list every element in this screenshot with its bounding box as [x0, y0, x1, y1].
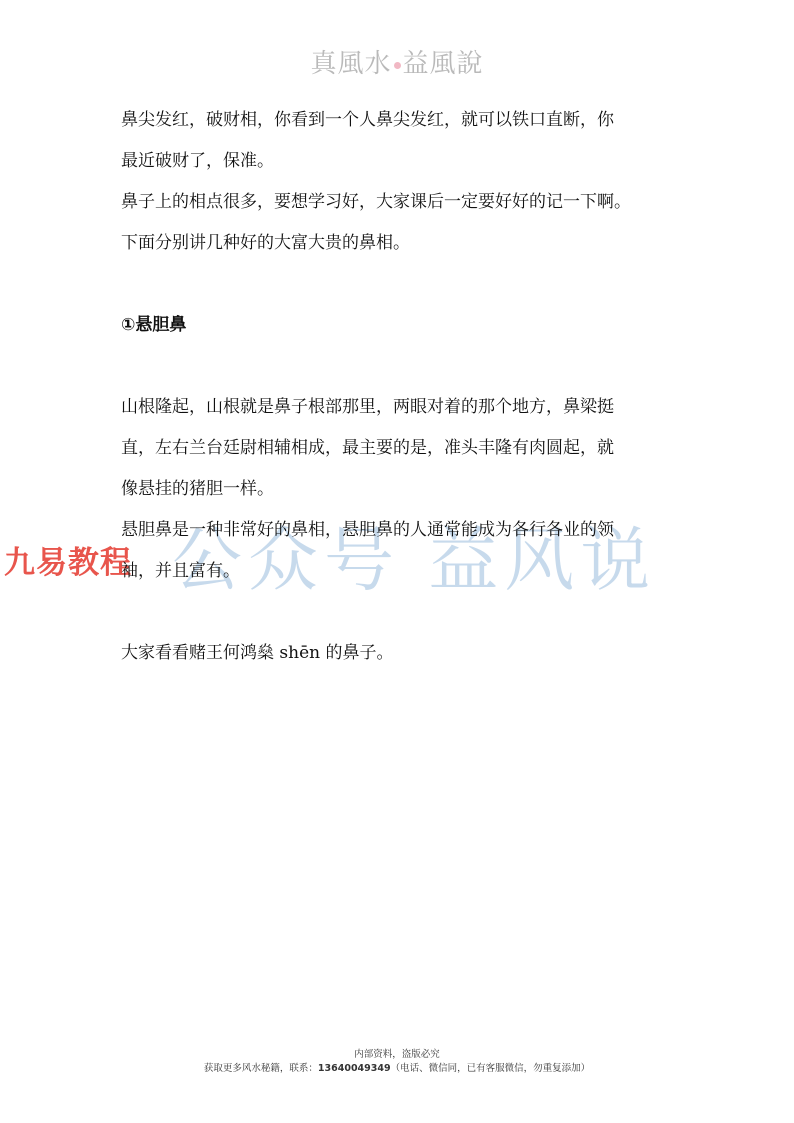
logo-right-text: 益風說 [403, 49, 484, 79]
watermark-red: 九易教程 [4, 543, 132, 583]
section-heading: ①悬胆鼻 [121, 305, 681, 346]
spacer [121, 592, 681, 633]
footer-contact-note: （电话、微信同，已有客服微信，勿重复添加） [391, 1063, 591, 1074]
footer-line-1: 内部资料，盗版必究 [0, 1048, 794, 1062]
text-line: 鼻尖发红，破财相，你看到一个人鼻尖发红，就可以铁口直断，你 [121, 100, 681, 141]
paragraph-block-3: 大家看看赌王何鸿燊 shēn 的鼻子。 [121, 633, 681, 674]
text-line: 鼻子上的相点很多，要想学习好，大家课后一定要好好的记一下啊。 [121, 182, 681, 223]
text-line: 大家看看赌王何鸿燊 shēn 的鼻子。 [121, 633, 681, 674]
text-line: 直，左右兰台廷尉相辅相成，最主要的是，准头丰隆有肉圆起，就 [121, 428, 681, 469]
logo-dot-icon [394, 62, 401, 69]
logo-left-text: 真風水 [310, 49, 391, 79]
spacer [121, 264, 681, 305]
spacer [121, 346, 681, 387]
text-line: 悬胆鼻是一种非常好的鼻相，悬胆鼻的人通常能成为各行各业的领 [121, 510, 681, 551]
text-line: 山根隆起，山根就是鼻子根部那里，两眼对着的那个地方，鼻梁挺 [121, 387, 681, 428]
paragraph-block-1: 鼻尖发红，破财相，你看到一个人鼻尖发红，就可以铁口直断，你 最近破财了，保准。 … [121, 100, 681, 264]
footer-contact-label: 获取更多风水秘籍，联系： [204, 1063, 318, 1074]
page-footer: 内部资料，盗版必究 获取更多风水秘籍，联系：13640049349（电话、微信同… [0, 1048, 794, 1076]
document-body: 鼻尖发红，破财相，你看到一个人鼻尖发红，就可以铁口直断，你 最近破财了，保准。 … [121, 100, 681, 674]
footer-phone: 13640049349 [318, 1063, 391, 1074]
text-line: 下面分别讲几种好的大富大贵的鼻相。 [121, 223, 681, 264]
paragraph-block-2: 山根隆起，山根就是鼻子根部那里，两眼对着的那个地方，鼻梁挺 直，左右兰台廷尉相辅… [121, 387, 681, 592]
text-line: 最近破财了，保准。 [121, 141, 681, 182]
header-logo: 真風水益風說 [0, 44, 794, 84]
text-line: 袖，并且富有。 [121, 551, 681, 592]
text-line: 像悬挂的猪胆一样。 [121, 469, 681, 510]
footer-line-2: 获取更多风水秘籍，联系：13640049349（电话、微信同，已有客服微信，勿重… [0, 1062, 794, 1076]
